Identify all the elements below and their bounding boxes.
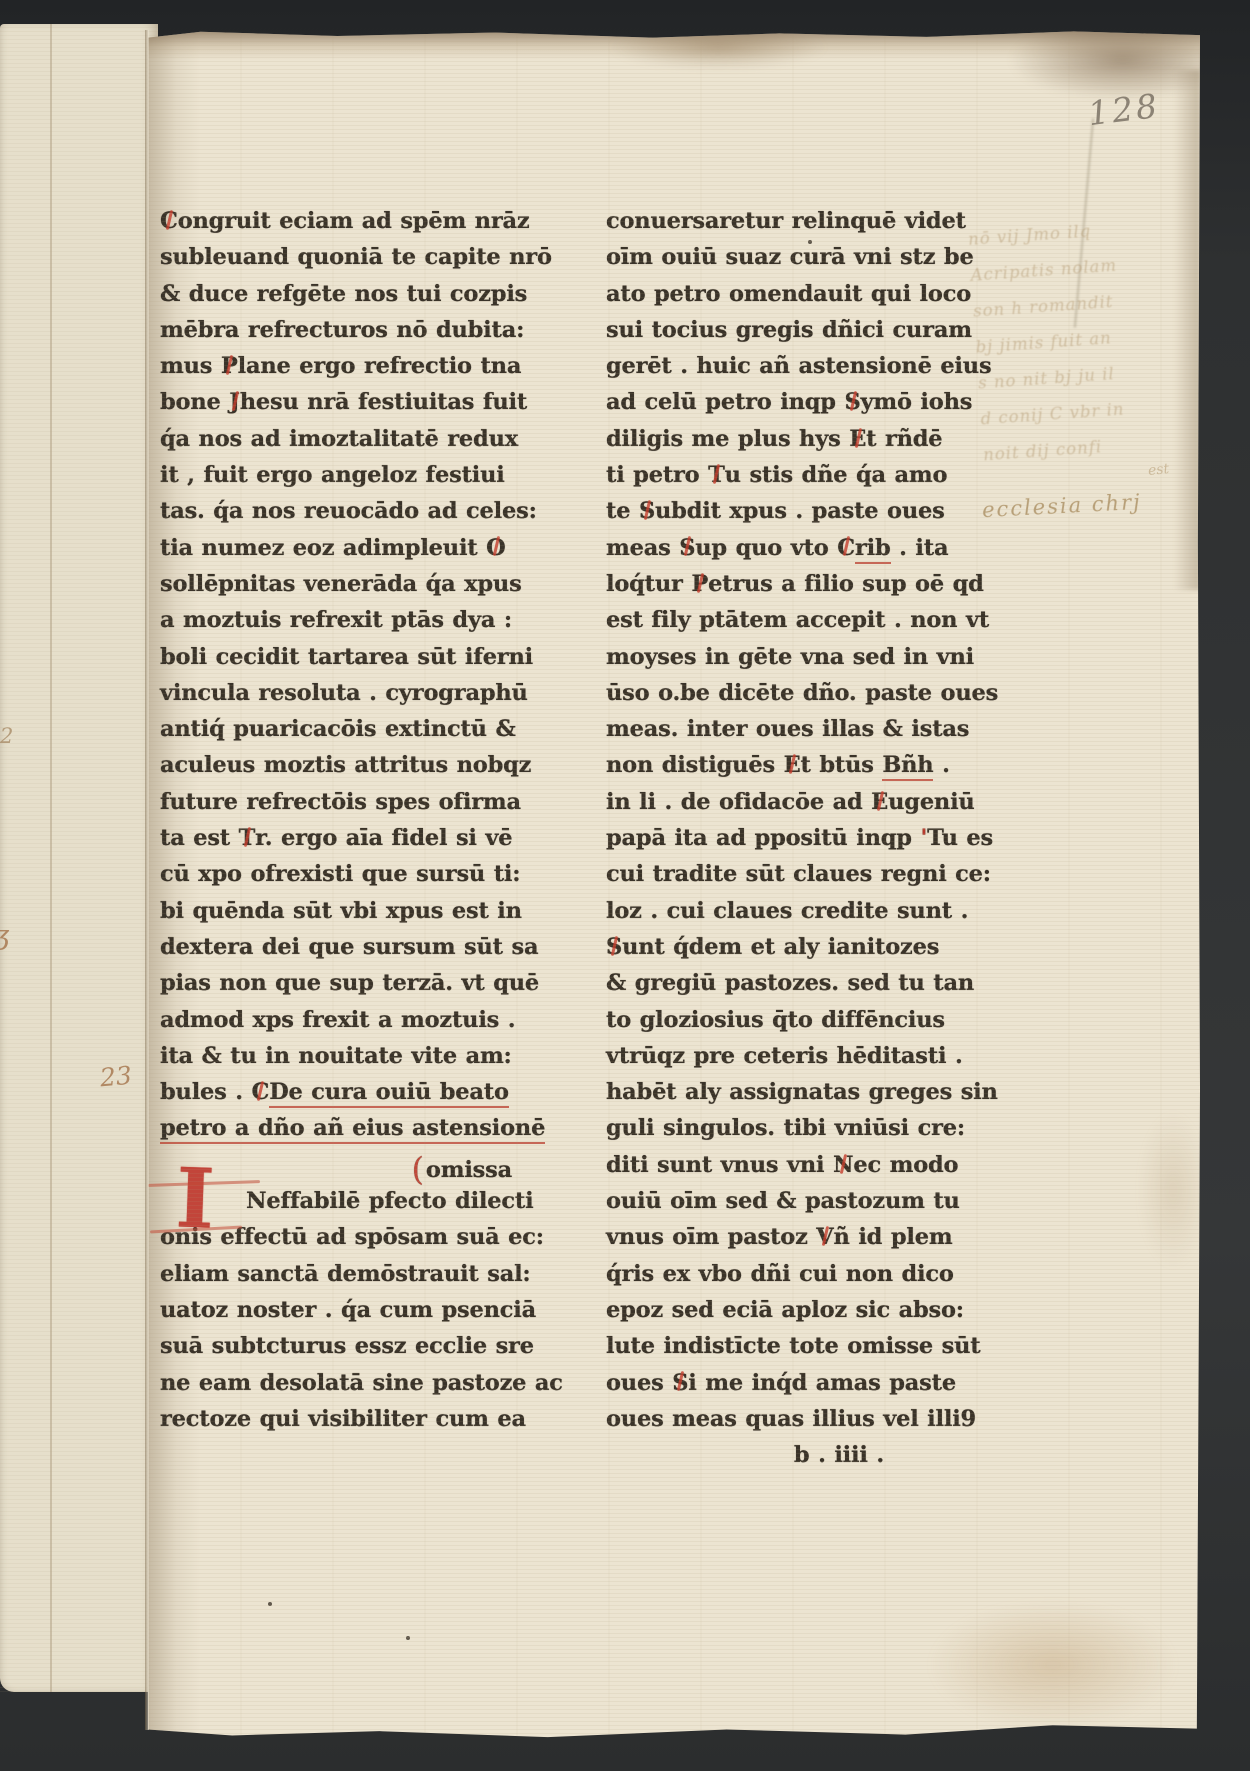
text-run: t rñdē bbox=[866, 426, 942, 452]
handwritten-note-small: est bbox=[1147, 461, 1170, 479]
text-line: habēt aly assignatas greges sin bbox=[606, 1079, 972, 1115]
text-line: mus Plane ergo refrectio tna bbox=[160, 353, 512, 389]
text-run: vincula resoluta . cyrographū bbox=[160, 680, 528, 706]
text-run: V bbox=[816, 1224, 833, 1250]
text-run: a moztuis refrexit ptās dya : bbox=[160, 607, 512, 633]
text-run: ubdit xpus . paste oues bbox=[655, 498, 945, 524]
text-run: hesu nrā festiuitas fuit bbox=[240, 389, 527, 415]
text-run: mus bbox=[160, 353, 221, 379]
text-line: b . iiii . bbox=[606, 1442, 972, 1478]
text-run: ongruit eciam ad spēm nrāz bbox=[178, 208, 530, 234]
text-run: bules . bbox=[160, 1079, 252, 1105]
text-column-left: Congruit eciam ad spēm nrāzsubleuand quo… bbox=[160, 208, 512, 1442]
text-run: oues meas quas illius vel illi9 bbox=[606, 1406, 976, 1432]
text-line: sollēpnitas venerāda q́a xpus bbox=[160, 571, 512, 607]
text-run: vtrūqz pre ceteris hēditasti . bbox=[606, 1043, 963, 1069]
text-run: epoz sed eciā aploz sic abso: bbox=[606, 1297, 964, 1323]
text-run: etrus a filio sup oē qd bbox=[708, 571, 984, 597]
text-run: q́ris ex vbo dñi cui non dico bbox=[606, 1261, 954, 1287]
text-run: dextera dei que sursum sūt sa bbox=[160, 934, 538, 960]
text-run: ( bbox=[412, 1152, 426, 1188]
text-run: pias non que sup terzā. vt quē bbox=[160, 970, 539, 996]
text-line: ouiū oīm sed & pastozum tu bbox=[606, 1188, 972, 1224]
text-run: petro a dño añ eius astensionē bbox=[160, 1115, 545, 1144]
text-run: it , fuit ergo angeloz festiui bbox=[160, 462, 505, 488]
text-line: future refrectōis spes ofirma bbox=[160, 789, 512, 825]
text-run: . ita bbox=[891, 535, 949, 561]
text-run: loz . cui claues credite sunt . bbox=[606, 898, 968, 924]
text-line: to gloziosius q̄to diffēncius bbox=[606, 1007, 972, 1043]
text-run: ta est bbox=[160, 825, 239, 851]
text-line: ta est Tr. ergo aīa fidel si vē bbox=[160, 825, 512, 861]
text-run: subleuand quoniā te capite nrō bbox=[160, 244, 552, 270]
text-line: diligis me plus hys Et rñdē bbox=[606, 426, 972, 462]
text-line: vnus oīm pastoz Vñ id plem bbox=[606, 1224, 972, 1260]
text-run: P bbox=[691, 571, 708, 597]
text-line: papā ita ad ppositū inqp 'Tu es bbox=[606, 825, 972, 861]
text-line: petro a dño añ eius astensionē bbox=[160, 1115, 512, 1151]
text-line: bone Jhesu nrā festiuitas fuit bbox=[160, 389, 512, 425]
handwritten-margin-mark: 2 bbox=[0, 724, 13, 748]
text-line: vincula resoluta . cyrographū bbox=[160, 680, 512, 716]
text-column-right: conuersaretur relinquē videtoīm ouiū sua… bbox=[606, 208, 972, 1478]
text-run: antiq́ puaricacōis extinctū & bbox=[160, 716, 516, 742]
text-run: S bbox=[606, 934, 622, 960]
text-line: Sunt q́dem et aly ianitozes bbox=[606, 934, 972, 970]
text-run: S bbox=[679, 535, 695, 561]
text-run: eliam sanctā demōstrauit sal: bbox=[160, 1261, 531, 1287]
text-run: & duce refgēte nos tui cozpis bbox=[160, 281, 527, 307]
text-run: mēbra refrecturos nō dubita: bbox=[160, 317, 524, 343]
text-run: meas. inter oues illas & istas bbox=[606, 716, 969, 742]
text-line: Congruit eciam ad spēm nrāz bbox=[160, 208, 512, 244]
text-run: lane ergo refrectio tna bbox=[238, 353, 522, 379]
text-run: S bbox=[639, 498, 655, 524]
text-run: te bbox=[606, 498, 639, 524]
text-run: E bbox=[871, 789, 888, 815]
text-run: T bbox=[708, 462, 725, 488]
text-run: loq́tur bbox=[606, 571, 691, 597]
middle-right-stain bbox=[1138, 1110, 1208, 1270]
text-line: boli cecidit tartarea sūt iferni bbox=[160, 644, 512, 680]
text-run: cū xpo ofrexisti que sursū ti: bbox=[160, 861, 520, 887]
bottom-right-stain bbox=[928, 1600, 1178, 1730]
text-line: non distiguēs Et btūs Bñh . bbox=[606, 752, 972, 788]
text-run: habēt aly assignatas greges sin bbox=[606, 1079, 998, 1105]
scan-background: Congruit eciam ad spēm nrāzsubleuand quo… bbox=[0, 0, 1250, 1771]
text-line: ita & tu in nouitate vite am: bbox=[160, 1043, 512, 1079]
ink-speck bbox=[808, 240, 812, 244]
text-line: suā subtcturus essz ecclie sre bbox=[160, 1333, 512, 1369]
text-run: ne eam desolatā sine pastoze ac bbox=[160, 1370, 563, 1396]
text-line: dextera dei que sursum sūt sa bbox=[160, 934, 512, 970]
text-line: bi quēnda sūt vbi xpus est in bbox=[160, 898, 512, 934]
text-run: tia numez eoz adimpleuit bbox=[160, 535, 486, 561]
text-run: lute indistīcte tote omisse sūt bbox=[606, 1333, 981, 1359]
text-line: guli singulos. tibi vniūsi cre: bbox=[606, 1115, 972, 1151]
text-run: sollēpnitas venerāda q́a xpus bbox=[160, 571, 522, 597]
text-line: antiq́ puaricacōis extinctū & bbox=[160, 716, 512, 752]
text-run: diligis me plus hys bbox=[606, 426, 849, 452]
text-run: est fily ptātem accepit . non vt bbox=[606, 607, 989, 633]
ink-speck bbox=[268, 1602, 272, 1606]
text-run: boli cecidit tartarea sūt iferni bbox=[160, 644, 533, 670]
text-line: oīm ouiū suaz curā vni stz be bbox=[606, 244, 972, 280]
text-run: De cura ouiū beato bbox=[269, 1079, 509, 1108]
text-line: bules . CDe cura ouiū beato bbox=[160, 1079, 512, 1115]
text-line: in li . de ofidacōe ad Eugeniū bbox=[606, 789, 972, 825]
text-run: ita & tu in nouitate vite am: bbox=[160, 1043, 512, 1069]
text-run: S bbox=[844, 389, 860, 415]
text-line: ūso o.be dicēte dño. paste oues bbox=[606, 680, 972, 716]
text-run: papā ita ad ppositū inqp bbox=[606, 825, 920, 851]
text-line: rectoze qui visibiliter cum ea bbox=[160, 1406, 512, 1442]
text-line: te Subdit xpus . paste oues bbox=[606, 498, 972, 534]
text-line: q́a nos ad imoztalitatē redux bbox=[160, 426, 512, 462]
text-line: q́ris ex vbo dñi cui non dico bbox=[606, 1261, 972, 1297]
text-run: S bbox=[672, 1370, 688, 1396]
text-run: guli singulos. tibi vniūsi cre: bbox=[606, 1115, 965, 1141]
text-run: q́a nos ad imoztalitatē redux bbox=[160, 426, 518, 452]
underlying-page-edge bbox=[0, 24, 158, 1692]
text-line: loz . cui claues credite sunt . bbox=[606, 898, 972, 934]
text-run: t btūs bbox=[801, 752, 883, 778]
text-line: ti petro Tu stis dñe q́a amo bbox=[606, 462, 972, 498]
text-line: subleuand quoniā te capite nrō bbox=[160, 244, 512, 280]
text-run: J bbox=[229, 389, 239, 415]
text-run: Tu es bbox=[927, 825, 993, 851]
text-run: meas bbox=[606, 535, 679, 561]
ink-speck bbox=[406, 1636, 410, 1640]
text-run: Bñh bbox=[882, 752, 933, 781]
text-line: a moztuis refrexit ptās dya : bbox=[160, 607, 512, 643]
text-run: tas. q́a nos reuocādo ad celes: bbox=[160, 498, 537, 524]
text-run: moyses in gēte vna sed in vni bbox=[606, 644, 974, 670]
text-run: C bbox=[160, 208, 178, 234]
text-run: ti petro bbox=[606, 462, 708, 488]
text-line: tia numez eoz adimpleuit O bbox=[160, 535, 512, 571]
text-run: ato petro omendauit qui loco bbox=[606, 281, 971, 307]
handwritten-margin-mark: ʒ bbox=[0, 920, 9, 951]
text-run: ñ id plem bbox=[834, 1224, 953, 1250]
text-run: E bbox=[784, 752, 801, 778]
text-run: in li . de ofidacōe ad bbox=[606, 789, 871, 815]
page-fold-edge bbox=[145, 30, 149, 1730]
text-line: ad celū petro inqp Symō iohs bbox=[606, 389, 972, 425]
text-run: unt q́dem et aly ianitozes bbox=[622, 934, 939, 960]
text-line: oues Si me inq́d amas paste bbox=[606, 1370, 972, 1406]
text-run: ec modo bbox=[853, 1152, 958, 1178]
text-run: E bbox=[849, 426, 866, 452]
text-run: oīm ouiū suaz curā vni stz be bbox=[606, 244, 974, 270]
text-run: suā subtcturus essz ecclie sre bbox=[160, 1333, 534, 1359]
text-line: meas. inter oues illas & istas bbox=[606, 716, 972, 752]
text-line: ne eam desolatā sine pastoze ac bbox=[160, 1370, 512, 1406]
text-run: up quo vto bbox=[695, 535, 837, 561]
text-run: vnus oīm pastoz bbox=[606, 1224, 816, 1250]
text-line: & gregiū pastozes. sed tu tan bbox=[606, 970, 972, 1006]
text-line: tas. q́a nos reuocādo ad celes: bbox=[160, 498, 512, 534]
text-run: rib bbox=[855, 535, 891, 564]
handwritten-marginalia: nō vij Jmo ilqAcripatis nolamson h roman… bbox=[967, 215, 1204, 482]
text-line: admod xps frexit a moztuis . bbox=[160, 1007, 512, 1043]
text-run: oues bbox=[606, 1370, 672, 1396]
text-line: aculeus moztis attritus nobqz bbox=[160, 752, 512, 788]
text-line: it , fuit ergo angeloz festiui bbox=[160, 462, 512, 498]
text-line: sui tocius gregis dñici curam bbox=[606, 317, 972, 353]
text-run: cui tradite sūt claues regni ce: bbox=[606, 861, 991, 887]
top-stain bbox=[1008, 20, 1238, 100]
text-line: uatoz noster . q́a cum psenciā bbox=[160, 1297, 512, 1333]
text-line: oues meas quas illius vel illi9 bbox=[606, 1406, 972, 1442]
text-run: b . iiii . bbox=[794, 1442, 884, 1468]
handwritten-leaf-number: 23 bbox=[99, 1061, 133, 1093]
text-run: omissa bbox=[426, 1157, 512, 1183]
text-run: N bbox=[833, 1152, 853, 1178]
text-line: mēbra refrecturos nō dubita: bbox=[160, 317, 512, 353]
text-run: aculeus moztis attritus nobqz bbox=[160, 752, 531, 778]
text-line: ato petro omendauit qui loco bbox=[606, 281, 972, 317]
text-line: vtrūqz pre ceteris hēditasti . bbox=[606, 1043, 972, 1079]
text-run: ūso o.be dicēte dño. paste oues bbox=[606, 680, 998, 706]
text-run: Neffabilē pfecto dilecti bbox=[246, 1188, 533, 1214]
text-run: future refrectōis spes ofirma bbox=[160, 789, 521, 815]
text-run: diti sunt vnus vni bbox=[606, 1152, 833, 1178]
text-run: non distiguēs bbox=[606, 752, 784, 778]
text-run: to gloziosius q̄to diffēncius bbox=[606, 1007, 945, 1033]
text-run: C bbox=[837, 535, 855, 561]
text-run: T bbox=[239, 825, 256, 851]
text-line: lute indistīcte tote omisse sūt bbox=[606, 1333, 972, 1369]
text-line: cū xpo ofrexisti que sursū ti: bbox=[160, 861, 512, 897]
text-run: & gregiū pastozes. sed tu tan bbox=[606, 970, 974, 996]
top-stain bbox=[608, 24, 828, 70]
text-line: meas Sup quo vto Crib . ita bbox=[606, 535, 972, 571]
text-run: uatoz noster . q́a cum psenciā bbox=[160, 1297, 536, 1323]
text-line: loq́tur Petrus a filio sup oē qd bbox=[606, 571, 972, 607]
text-run: r. ergo aīa fidel si vē bbox=[255, 825, 512, 851]
text-run: ad celū petro inqp bbox=[606, 389, 844, 415]
text-run: ugeniū bbox=[888, 789, 974, 815]
text-run: bone bbox=[160, 389, 229, 415]
text-line: & duce refgēte nos tui cozpis bbox=[160, 281, 512, 317]
text-run: . bbox=[933, 752, 949, 778]
text-run: rectoze qui visibiliter cum ea bbox=[160, 1406, 526, 1432]
text-line: moyses in gēte vna sed in vni bbox=[606, 644, 972, 680]
book-spine-curl bbox=[0, 12, 74, 82]
text-run: O bbox=[486, 535, 505, 561]
text-run: u stis dñe q́a amo bbox=[725, 462, 948, 488]
text-run: ymō iohs bbox=[861, 389, 973, 415]
text-line: diti sunt vnus vni Nec modo bbox=[606, 1152, 972, 1188]
text-run: sui tocius gregis dñici curam bbox=[606, 317, 972, 343]
text-run: P bbox=[221, 353, 238, 379]
text-line: gerēt . huic añ astensionē eius bbox=[606, 353, 972, 389]
text-run: ouiū oīm sed & pastozum tu bbox=[606, 1188, 960, 1214]
text-run: bi quēnda sūt vbi xpus est in bbox=[160, 898, 522, 924]
text-run: gerēt . huic añ astensionē eius bbox=[606, 353, 991, 379]
text-line: est fily ptātem accepit . non vt bbox=[606, 607, 972, 643]
text-line: epoz sed eciā aploz sic abso: bbox=[606, 1297, 972, 1333]
text-line: eliam sanctā demōstrauit sal: bbox=[160, 1261, 512, 1297]
text-run: C bbox=[252, 1079, 270, 1105]
text-line: pias non que sup terzā. vt quē bbox=[160, 970, 512, 1006]
text-run: i me inq́d amas paste bbox=[688, 1370, 956, 1396]
text-run: admod xps frexit a moztuis . bbox=[160, 1007, 515, 1033]
text-line: cui tradite sūt claues regni ce: bbox=[606, 861, 972, 897]
text-line: conuersaretur relinquē videt bbox=[606, 208, 972, 244]
text-run: conuersaretur relinquē videt bbox=[606, 208, 966, 234]
